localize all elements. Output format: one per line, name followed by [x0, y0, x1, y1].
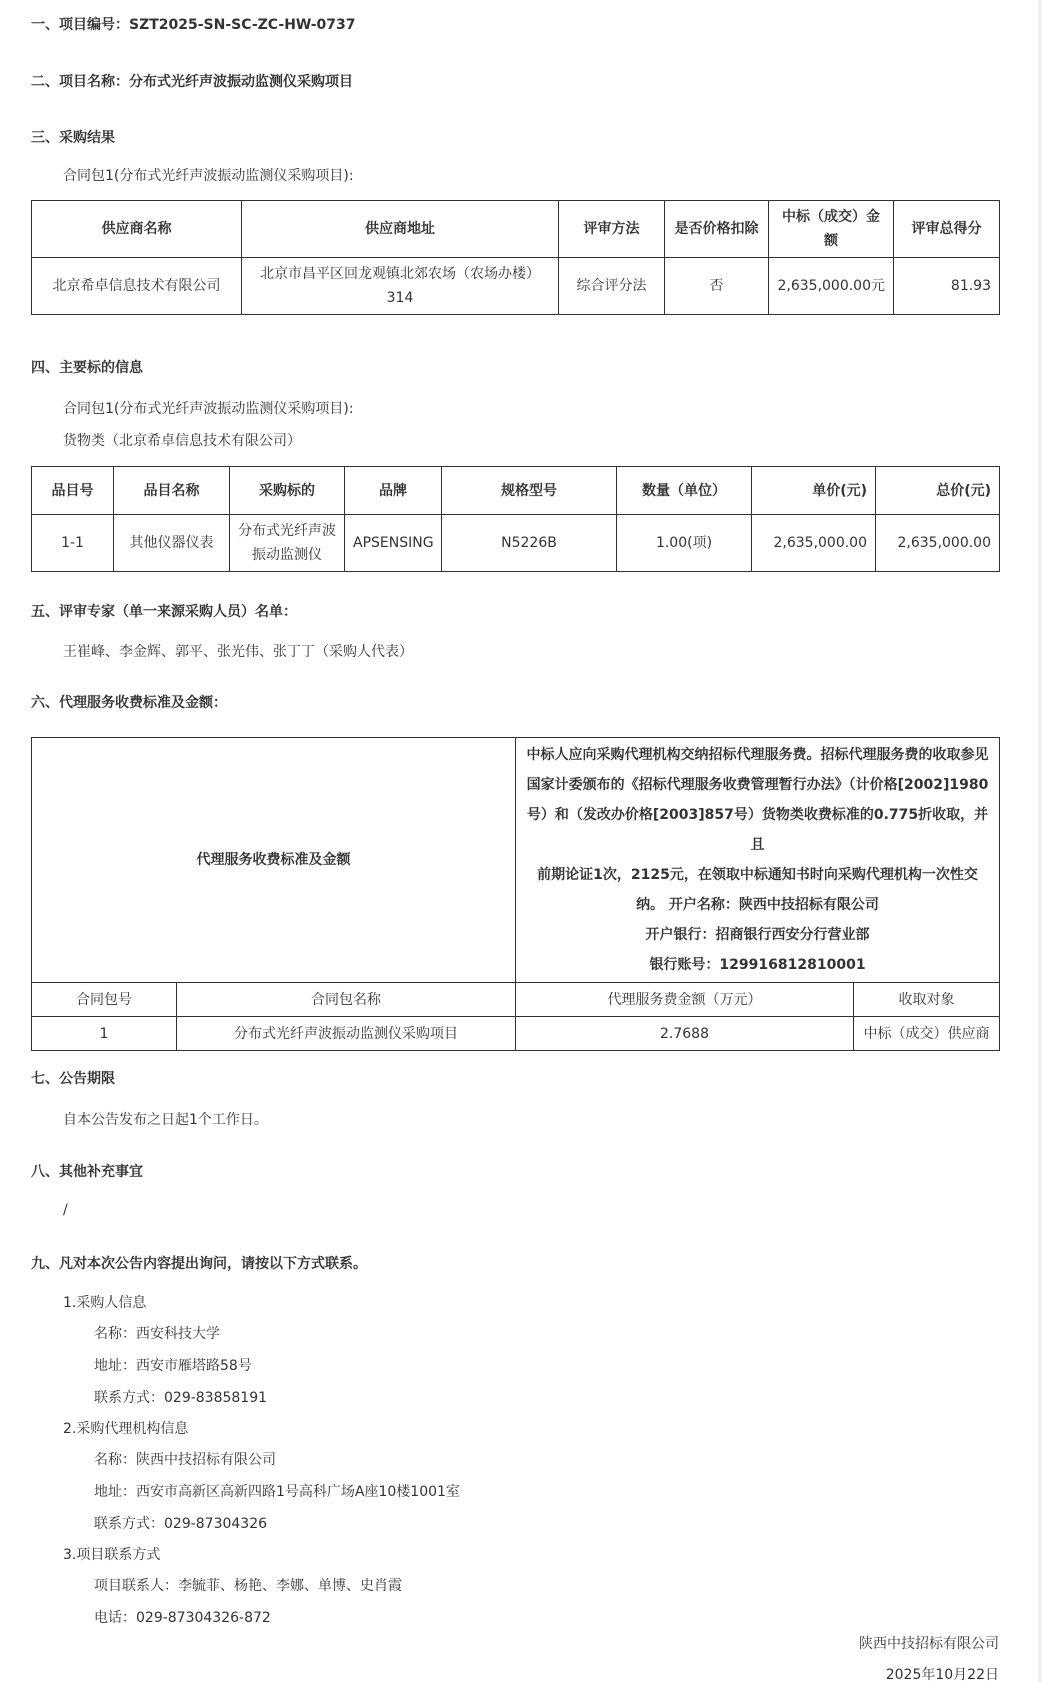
- contact-heading: 九、凡对本次公告内容提出询问，请按以下方式联系。: [31, 1253, 367, 1273]
- col-review-method: 评审方法: [559, 201, 665, 258]
- project-number-heading: 一、项目编号：SZT2025-SN-SC-ZC-HW-0737: [31, 14, 356, 34]
- expert-heading: 五、评审专家（单一来源采购人员）名单：: [31, 601, 297, 621]
- expert-list: 王崔峰、李金辉、郭平、张光伟、张丁丁（采购人代表）: [63, 641, 413, 661]
- category-line: 货物类（北京希卓信息技术有限公司）: [63, 430, 301, 450]
- subject: 分布式光纤声波振动监测仪: [230, 515, 345, 572]
- package-line: 合同包1(分布式光纤声波振动监测仪采购项目):: [63, 165, 354, 185]
- package-line-2: 合同包1(分布式光纤声波振动监测仪采购项目):: [63, 398, 354, 418]
- footer-org: 陕西中技招标有限公司: [859, 1633, 999, 1653]
- purchaser-heading: 1.采购人信息: [63, 1292, 146, 1312]
- col-total-score: 评审总得分: [894, 201, 1000, 258]
- review-method: 综合评分法: [559, 258, 665, 315]
- col-brand: 品牌: [345, 467, 442, 515]
- col-quantity: 数量（单位）: [617, 467, 752, 515]
- table-header-row: 品目号 品目名称 采购标的 品牌 规格型号 数量（单位） 单价(元) 总价(元): [32, 467, 1000, 515]
- other-matters-text: /: [63, 1202, 68, 1218]
- agency-heading: 2.采购代理机构信息: [63, 1418, 188, 1438]
- total-price: 2,635,000.00: [876, 515, 1000, 572]
- project-name-value: 分布式光纤声波振动监测仪采购项目: [129, 74, 353, 90]
- fee-line: 纳。 开户名称：陕西中技招标有限公司: [524, 890, 991, 920]
- notice-period-text: 自本公告发布之日起1个工作日。: [63, 1109, 268, 1129]
- subject-table: 品目号 品目名称 采购标的 品牌 规格型号 数量（单位） 单价(元) 总价(元)…: [31, 466, 1000, 572]
- fee-amount: 2.7688: [516, 1017, 854, 1051]
- table-header-row: 合同包号 合同包名称 代理服务费金额（万元） 收取对象: [32, 983, 1000, 1017]
- col-supplier-name: 供应商名称: [32, 201, 242, 258]
- procurement-result-heading: 三、采购结果: [31, 127, 115, 147]
- fee-line: 中标人应向采购代理机构交纳招标代理服务费。招标代理服务费的收取参见: [524, 740, 991, 770]
- col-price-deduction: 是否价格扣除: [665, 201, 769, 258]
- project-number-label: 一、项目编号：: [31, 17, 129, 33]
- agency-address: 地址：西安市高新区高新四路1号高科广场A座10楼1001室: [94, 1481, 460, 1501]
- brand: APSENSING: [345, 515, 442, 572]
- quantity: 1.00(项): [617, 515, 752, 572]
- purchaser-name: 名称：西安科技大学: [94, 1323, 220, 1343]
- unit-price: 2,635,000.00: [752, 515, 876, 572]
- col-package-name: 合同包名称: [177, 983, 516, 1017]
- table-row: 北京希卓信息技术有限公司 北京市昌平区回龙观镇北郊农场（农场办楼）314 综合评…: [32, 258, 1000, 315]
- col-fee-amount: 代理服务费金额（万元）: [516, 983, 854, 1017]
- package-no: 1: [32, 1017, 177, 1051]
- agency-fee-table: 代理服务收费标准及金额 中标人应向采购代理机构交纳招标代理服务费。招标代理服务费…: [31, 737, 1000, 1051]
- item-no: 1-1: [32, 515, 114, 572]
- bank-account: 银行账号：129916812810001: [524, 950, 991, 980]
- col-subject: 采购标的: [230, 467, 345, 515]
- project-contact-people: 项目联系人：李毓菲、杨艳、李娜、单博、史肖霞: [94, 1575, 402, 1595]
- result-table: 供应商名称 供应商地址 评审方法 是否价格扣除 中标（成交）金额 评审总得分 北…: [31, 200, 1000, 315]
- project-number-value: SZT2025-SN-SC-ZC-HW-0737: [129, 17, 356, 33]
- total-score: 81.93: [894, 258, 1000, 315]
- supplier-name: 北京希卓信息技术有限公司: [32, 258, 242, 315]
- col-charge-target: 收取对象: [854, 983, 1000, 1017]
- agency-name: 名称：陕西中技招标有限公司: [94, 1449, 276, 1469]
- col-package-no: 合同包号: [32, 983, 177, 1017]
- fee-standard-text: 中标人应向采购代理机构交纳招标代理服务费。招标代理服务费的收取参见 国家计委颁布…: [516, 738, 1000, 983]
- col-unit-price: 单价(元): [752, 467, 876, 515]
- col-item-name: 品目名称: [114, 467, 230, 515]
- table-row: 1-1 其他仪器仪表 分布式光纤声波振动监测仪 APSENSING N5226B…: [32, 515, 1000, 572]
- purchaser-contact: 联系方式：029-83858191: [94, 1387, 267, 1407]
- agency-contact: 联系方式：029-87304326: [94, 1513, 267, 1533]
- project-name-heading: 二、项目名称：分布式光纤声波振动监测仪采购项目: [31, 71, 353, 91]
- table-row: 1 分布式光纤声波振动监测仪采购项目 2.7688 中标（成交）供应商: [32, 1017, 1000, 1051]
- bid-amount: 2,635,000.00元: [769, 258, 894, 315]
- main-subject-heading: 四、主要标的信息: [31, 357, 143, 377]
- project-name-label: 二、项目名称：: [31, 74, 129, 90]
- fee-line: 号）和（发改办价格[2003]857号）货物类收费标准的0.775折收取，并且: [524, 800, 991, 860]
- price-deduction: 否: [665, 258, 769, 315]
- footer-date: 2025年10月22日: [886, 1664, 999, 1682]
- package-name: 分布式光纤声波振动监测仪采购项目: [177, 1017, 516, 1051]
- col-supplier-address: 供应商地址: [242, 201, 559, 258]
- supplier-address: 北京市昌平区回龙观镇北郊农场（农场办楼）314: [242, 258, 559, 315]
- project-contact-phone: 电话：029-87304326-872: [94, 1607, 271, 1627]
- charge-target: 中标（成交）供应商: [854, 1017, 1000, 1051]
- notice-period-heading: 七、公告期限: [31, 1068, 115, 1088]
- fee-line: 国家计委颁布的《招标代理服务收费管理暂行办法》（计价格[2002]1980: [524, 770, 991, 800]
- fee-standard-row: 代理服务收费标准及金额 中标人应向采购代理机构交纳招标代理服务费。招标代理服务费…: [32, 738, 1000, 983]
- scrollbar-track[interactable]: [1038, 0, 1042, 1682]
- fee-line: 开户银行：招商银行西安分行营业部: [524, 920, 991, 950]
- col-model: 规格型号: [442, 467, 617, 515]
- col-item-no: 品目号: [32, 467, 114, 515]
- fee-standard-label: 代理服务收费标准及金额: [32, 738, 516, 983]
- purchaser-address: 地址：西安市雁塔路58号: [94, 1355, 252, 1375]
- fee-line: 前期论证1次，2125元，在领取中标通知书时向采购代理机构一次性交: [524, 860, 991, 890]
- col-bid-amount: 中标（成交）金额: [769, 201, 894, 258]
- col-total-price: 总价(元): [876, 467, 1000, 515]
- agency-fee-heading: 六、代理服务收费标准及金额：: [31, 692, 227, 712]
- table-header-row: 供应商名称 供应商地址 评审方法 是否价格扣除 中标（成交）金额 评审总得分: [32, 201, 1000, 258]
- project-contact-heading: 3.项目联系方式: [63, 1544, 160, 1564]
- other-matters-heading: 八、其他补充事宜: [31, 1161, 143, 1181]
- item-name: 其他仪器仪表: [114, 515, 230, 572]
- model: N5226B: [442, 515, 617, 572]
